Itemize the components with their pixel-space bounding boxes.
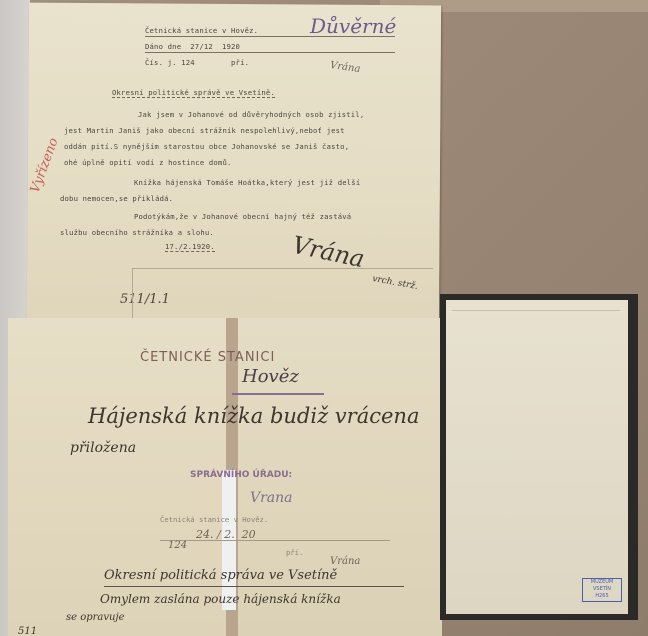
addressee: Okresní politické správě ve Vsetíně.: [112, 88, 275, 98]
place-handwritten: Hověz: [242, 366, 299, 387]
stamp-line-3: H265: [583, 593, 621, 600]
body-line-4: ohé úplně opití vodí z hostince domů.: [64, 158, 232, 167]
addressee-underline: [104, 586, 404, 587]
body-line-2: jest Martin Janiš jako obecní strážník n…: [64, 126, 345, 135]
reply-handwritten-line-2: přiložena: [70, 440, 136, 456]
header-underline: [145, 36, 395, 37]
body-line-3: oddán pití.S nynějším starostou obce Joh…: [64, 142, 349, 151]
confidential-stamp: Důvěrné: [310, 14, 396, 38]
registry-box: [132, 268, 433, 319]
body-line-5: Knížka hájenská Tomáše Hoátka,který jest…: [134, 178, 360, 187]
body-line-6: dobu nemocen,se přikládá.: [60, 194, 173, 203]
letter-date: 17./2.1920.: [165, 242, 215, 252]
reply-small-sign: Vrána: [330, 556, 360, 567]
date-line: Dáno dne 27/12 1920: [145, 42, 240, 51]
place-underline: [232, 393, 324, 395]
station-stamp: ČETNICKÉ STANICI: [140, 350, 275, 365]
body-line-7: Podotýkám,že v Johanové obecní hajný též…: [134, 212, 351, 221]
date-rule: [160, 540, 390, 541]
reply-addressee: Okresní politická správa ve Vsetíně: [104, 568, 337, 583]
body-line-1: Jak jsem v Johanové od důvěryhodných oso…: [138, 110, 364, 119]
booklet-page: [446, 300, 628, 614]
body-line-8: službu obecního strážníka a slohu.: [60, 228, 214, 237]
office-stamp: SPRÁVNÍHO ÚŘADU:: [190, 470, 292, 480]
reply-body-1: Omylem zaslána pouze hájenská knížka: [100, 592, 341, 606]
date-underline: [145, 52, 395, 53]
reply-pri: pří.: [286, 548, 303, 557]
header-station: Četnická stanice v Hověz.: [145, 26, 258, 35]
booklet-rule: [452, 310, 620, 311]
reply-bottom-number: 511: [18, 626, 37, 636]
reply-signature: Vrana: [250, 490, 293, 506]
ref-line: Čís. j. 124 pří.: [145, 58, 249, 67]
stamp-line-2: VSETÍN: [583, 586, 621, 593]
faint-station-line: Četnická stanice v Hověz.: [160, 515, 268, 524]
reply-handwritten-line-1: Hájenská knížka budiž vrácena: [88, 404, 419, 428]
reply-body-2: se opravuje: [66, 612, 125, 623]
reply-ref: 124: [168, 540, 187, 551]
stamp-line-1: MUZEUM: [583, 579, 621, 586]
museum-stamp: MUZEUM VSETÍN H265: [582, 578, 622, 602]
